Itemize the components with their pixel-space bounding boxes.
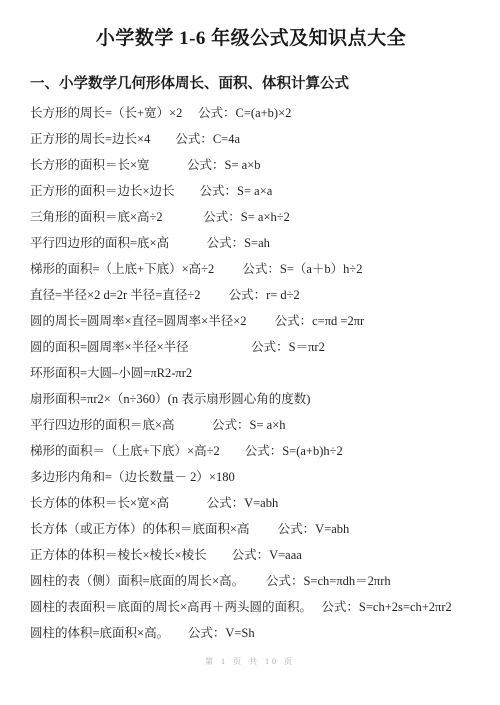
section-heading: 一、小学数学几何形体周长、面积、体积计算公式: [30, 74, 472, 94]
formula-line-parallelogram-area-2: 平行四边形的面积＝底×高 公式：S= a×h: [30, 412, 472, 438]
formula-line-diameter-radius: 直径=半径×2 d=2r 半径=直径÷2 公式：r= d÷2: [30, 282, 472, 308]
formula-line-trapezoid-area-2: 梯形的面积＝（上底+下底）×高÷2 公式：S=(a+b)h÷2: [30, 438, 472, 464]
formula-line-square-area: 正方形的面积＝边长×边长 公式：S= a×a: [30, 178, 472, 204]
formula-line-circle-area: 圆的面积=圆周率×半径×半径 公式：S＝πr2: [30, 334, 472, 360]
formula-line-cuboid-cube-volume: 长方体（或正方体）的体积＝底面积×高 公式：V=abh: [30, 516, 472, 542]
formula-line-trapezoid-area: 梯形的面积=（上底+下底）×高÷2 公式：S=（a＋b）h÷2: [30, 256, 472, 282]
formula-line-sector-area: 扇形面积=πr2×（n÷360）(n 表示扇形圆心角的度数): [30, 386, 472, 412]
formula-line-square-perimeter: 正方形的周长=边长×4 公式：C=4a: [30, 126, 472, 152]
formula-line-cuboid-volume: 长方体的体积＝长×宽×高 公式：V=abh: [30, 490, 472, 516]
formula-line-circle-circumference: 圆的周长=圆周率×直径=圆周率×半径×2 公式：c=πd =2πr: [30, 308, 472, 334]
formula-line-cylinder-volume: 圆柱的体积=底面积×高。 公式：V=Sh: [30, 620, 472, 646]
formula-line-cube-volume: 正方体的体积＝棱长×棱长×棱长 公式：V=aaa: [30, 542, 472, 568]
formula-line-cylinder-lateral-area: 圆柱的表（侧）面积=底面的周长×高。 公式：S=ch=πdh＝2πrh: [30, 568, 472, 594]
formula-line-rect-area: 长方形的面积＝长×宽 公式：S= a×b: [30, 152, 472, 178]
formula-line-polygon-angle-sum: 多边形内角和=（边长数量－ 2）×180: [30, 464, 472, 490]
formula-list: 长方形的周长=（长+宽）×2 公式：C=(a+b)×2 正方形的周长=边长×4 …: [30, 100, 472, 646]
document-page: 小学数学 1-6 年级公式及知识点大全 一、小学数学几何形体周长、面积、体积计算…: [0, 0, 500, 705]
formula-line-rect-perimeter: 长方形的周长=（长+宽）×2 公式：C=(a+b)×2: [30, 100, 472, 126]
formula-line-cylinder-surface-area: 圆柱的表面积＝底面的周长×高再＋两头圆的面积。 公式：S=ch+2s=ch+2π…: [30, 594, 472, 620]
formula-line-ring-area: 环形面积=大圆–小圆=πR2-πr2: [30, 360, 472, 386]
formula-line-triangle-area: 三角形的面积＝底×高÷2 公式：S= a×h÷2: [30, 204, 472, 230]
document-title: 小学数学 1-6 年级公式及知识点大全: [30, 26, 472, 52]
formula-line-parallelogram-area: 平行四边形的面积=底×高 公式：S=ah: [30, 230, 472, 256]
page-number: 第 1 页 共 10 页: [0, 656, 500, 667]
